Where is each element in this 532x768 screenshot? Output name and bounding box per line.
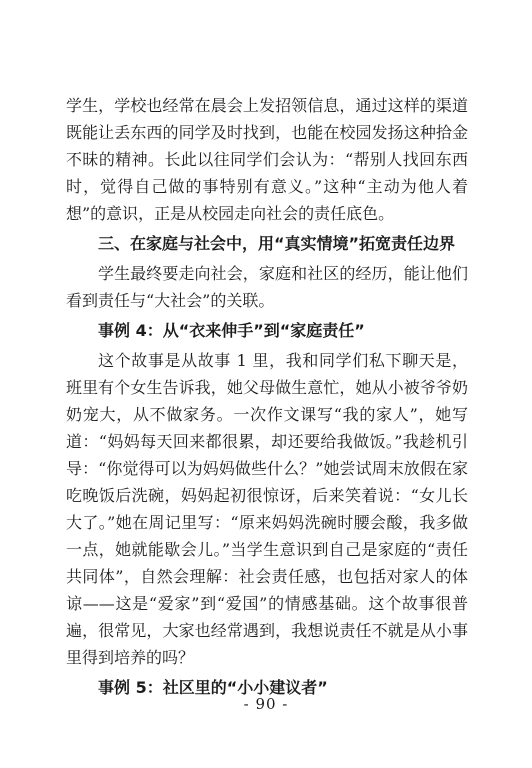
body-paragraph: 这个故事是从故事 1 里，我和同学们私下聊天是，班里有个女生告诉我，她父母做生意…: [66, 347, 468, 671]
section-heading: 三、在家庭与社会中，用“真实情境”拓宽责任边界: [66, 230, 468, 257]
body-paragraph-continued: 学生，学校也经常在晨会上发招领信息，通过这样的渠道既能让丢东西的同学及时找到，也…: [66, 92, 468, 227]
document-page: 学生，学校也经常在晨会上发招领信息，通过这样的渠道既能让丢东西的同学及时找到，也…: [0, 0, 532, 768]
page-content: 学生，学校也经常在晨会上发招领信息，通过这样的渠道既能让丢东西的同学及时找到，也…: [66, 92, 468, 704]
case-4-heading: 事例 4：从“衣来伸手”到“家庭责任”: [66, 317, 468, 344]
body-paragraph: 学生最终要走向社会，家庭和社区的经历，能让他们看到责任与“大社会”的关联。: [66, 260, 468, 314]
page-number: - 90 -: [0, 694, 532, 714]
